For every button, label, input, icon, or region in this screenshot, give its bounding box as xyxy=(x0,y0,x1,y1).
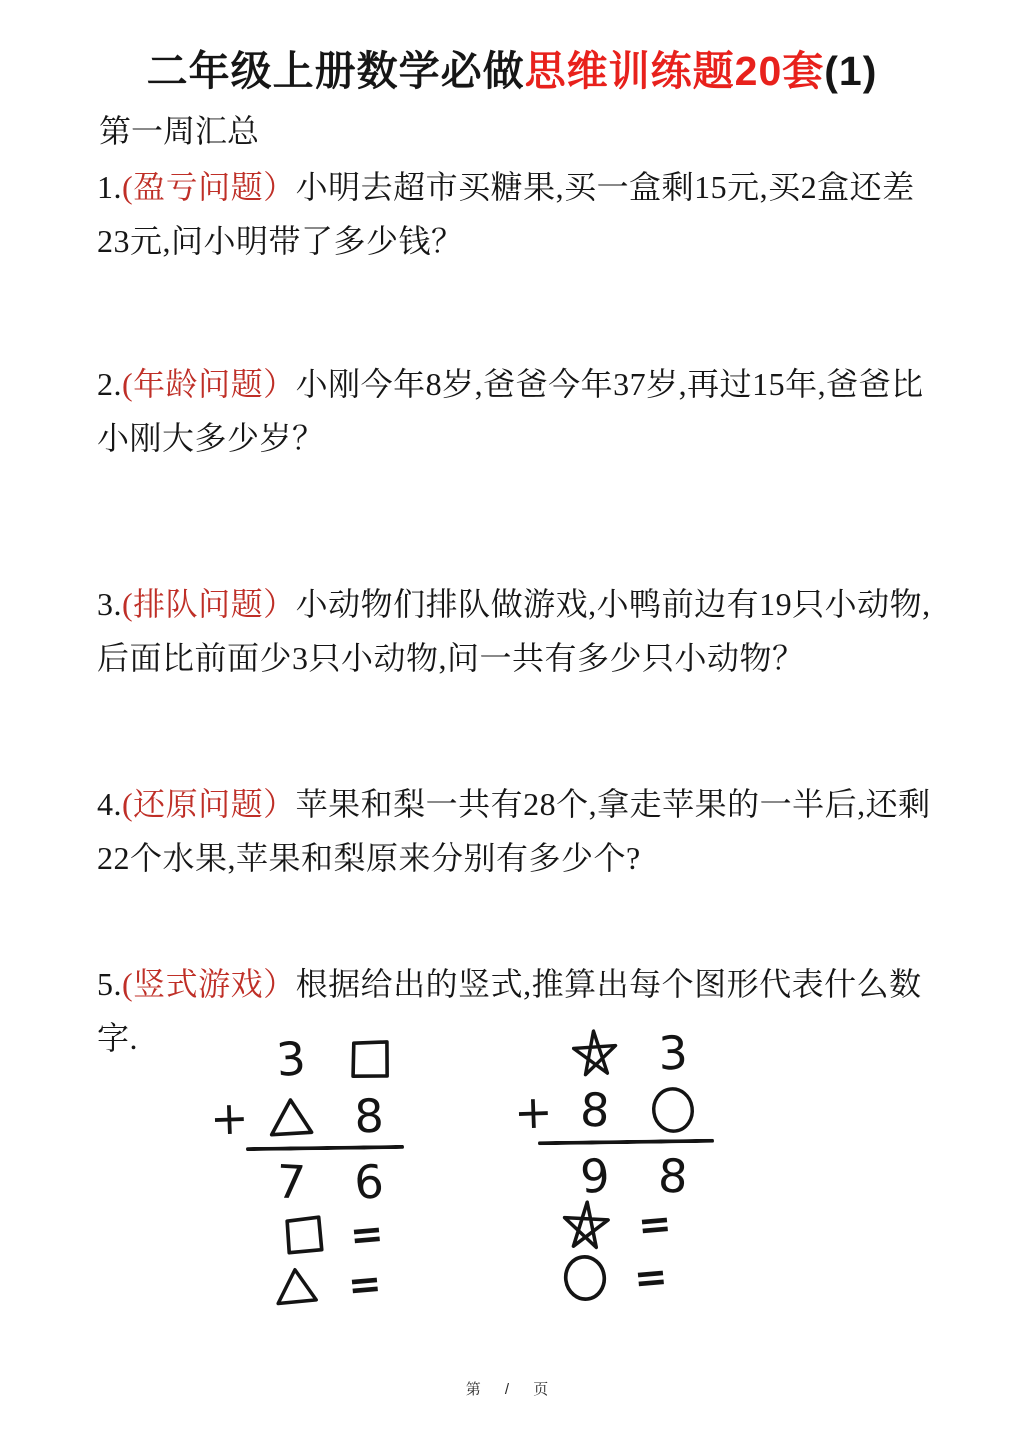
left-addend-1-row: 3 xyxy=(252,1030,408,1087)
right-addend1-ones-digit: 3 xyxy=(633,1023,713,1083)
left-addend-2-row: + 8 xyxy=(252,1087,408,1144)
star-icon xyxy=(556,1024,634,1081)
left-addend1-tens-digit: 3 xyxy=(250,1027,332,1089)
plus-sign: + xyxy=(513,1084,553,1139)
triangle-icon xyxy=(252,1087,330,1144)
problem-1-number: 1. xyxy=(97,169,122,205)
right-addend-2-row: + 8 xyxy=(556,1081,714,1138)
equals-sign: = xyxy=(346,1261,383,1310)
circle-icon xyxy=(560,1252,610,1304)
problem-1-tag: (盈亏问题） xyxy=(122,169,296,205)
square-icon xyxy=(330,1030,408,1087)
problem-4-tag: (还原问题） xyxy=(122,786,296,822)
plus-sign: + xyxy=(209,1090,249,1145)
problem-2-number: 2. xyxy=(97,366,122,402)
problem-2-tag: (年龄问题） xyxy=(122,366,296,402)
vertical-addition-left: 3 + 8 7 6 xyxy=(252,1030,408,1210)
left-sum-row: 7 6 xyxy=(252,1153,408,1210)
left-addend2-ones-digit: 8 xyxy=(329,1086,409,1146)
worksheet-page: 二年级上册数学必做思维训练题20套(1) 第一周汇总 1.(盈亏问题）小明去超市… xyxy=(0,0,1024,1438)
star-icon xyxy=(558,1198,614,1252)
title-red-part: 思维训练题20套 xyxy=(525,48,825,94)
problem-4: 4.(还原问题）苹果和梨一共有28个,拿走苹果的一半后,还剩22个水果,苹果和梨… xyxy=(97,777,935,885)
problem-3: 3.(排队问题）小动物们排队做游戏,小鸭前边有19只小动物,后面比前面少3只小动… xyxy=(97,577,935,685)
problem-5: 5.(竖式游戏）根据给出的竖式,推算出每个图形代表什么数字. xyxy=(97,957,935,1065)
title-suffix: (1) xyxy=(824,48,877,94)
right-sum-row: 9 8 xyxy=(556,1147,714,1204)
answer-blank-square: = xyxy=(280,1212,384,1258)
problem-1: 1.(盈亏问题）小明去超市买糖果,买一盒剩15元,买2盒还差23元,问小明带了多… xyxy=(97,160,935,268)
circle-icon xyxy=(634,1081,712,1138)
problem-5-tag: (竖式游戏） xyxy=(122,966,296,1002)
answer-blank-triangle: = xyxy=(268,1262,382,1308)
page-title: 二年级上册数学必做思维训练题20套(1) xyxy=(0,38,1024,97)
right-sum-ones-digit: 8 xyxy=(633,1145,714,1206)
right-addend-1-row: 3 xyxy=(556,1024,714,1081)
answer-blank-circle: = xyxy=(560,1252,668,1304)
problem-3-tag: (排队问题） xyxy=(122,586,296,622)
problem-2: 2.(年龄问题）小刚今年8岁,爸爸今年37岁,再过15年,爸爸比小刚大多少岁？ xyxy=(97,357,935,465)
page-footer: 第 / 页 xyxy=(0,1378,1024,1399)
problem-5-number: 5. xyxy=(97,966,122,1002)
equals-sign: = xyxy=(348,1211,385,1260)
square-icon xyxy=(280,1212,326,1258)
equals-sign: = xyxy=(636,1201,673,1250)
left-sum-line xyxy=(246,1145,404,1151)
title-black-part: 二年级上册数学必做 xyxy=(147,48,525,94)
problem-3-number: 3. xyxy=(97,586,122,622)
right-addend2-tens-digit: 8 xyxy=(555,1079,636,1140)
answer-blank-star: = xyxy=(558,1198,672,1252)
problem-4-number: 4. xyxy=(97,786,122,822)
left-sum-ones-digit: 6 xyxy=(328,1150,410,1212)
week-summary-heading: 第一周汇总 xyxy=(99,106,259,152)
equals-sign: = xyxy=(632,1254,669,1303)
left-sum-tens-digit: 7 xyxy=(251,1151,332,1212)
vertical-addition-right: 3 + 8 9 8 xyxy=(556,1024,714,1204)
triangle-icon xyxy=(268,1263,324,1307)
